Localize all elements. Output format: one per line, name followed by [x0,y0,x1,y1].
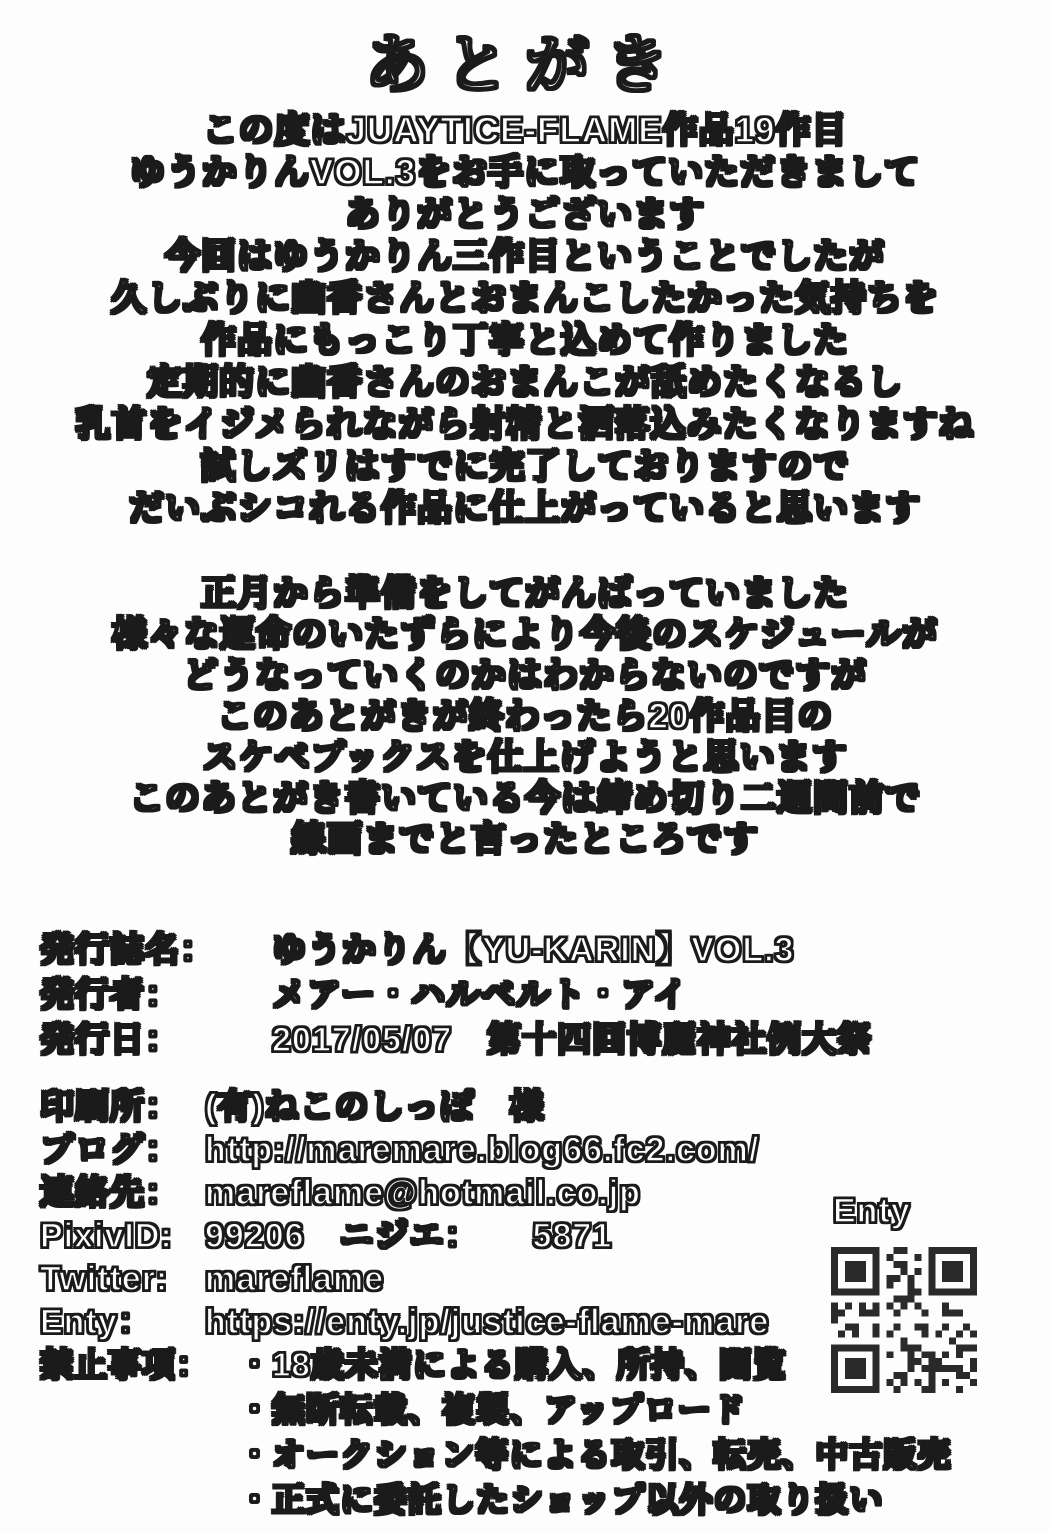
publisher-value: メアー・ハルベルト・アイ [272,976,688,1014]
pixiv-value: 99206 ニジエ： 5871 [205,1217,612,1255]
printer-label: 印刷所： [40,1086,205,1129]
publisher-label: 発行者： [40,973,272,1018]
publication-title-value: ゆうかりん【YU-KARIN】VOL.3 [272,931,794,969]
paragraph-line: 正月から準備をしてがんばっていました [0,573,1050,614]
paragraph-line: ありがとうございます [0,194,1050,236]
prohibited-item: ・オークション等による取引、転売、中古販売 [238,1432,951,1477]
paragraph-line: ゆうかりんVOL.3をお手に取っていただきまして [0,152,1050,194]
afterword-paragraph-2: 正月から準備をしてがんばっていました 様々な運命のいたずらにより今後のスケジュー… [0,573,1050,860]
paragraph-line: 定期的に幽香さんのおまんこが舐めたくなるし [0,362,1050,404]
publish-date-label: 発行日： [40,1018,272,1063]
printer-value: (有)ねこのしっぽ 様 [205,1088,545,1126]
enty-url: https://enty.jp/justice-flame-mare [205,1303,769,1341]
paragraph-line: この度はJUAYTICE-FLAME作品19作目 [0,110,1050,152]
blog-label: ブログ： [40,1129,205,1172]
publish-date-value: 2017/05/07 第十四回博麗神社例大祭 [272,1021,872,1059]
paragraph-line: だいぶシコれる作品に仕上がっていると思います [0,488,1050,530]
prohibited-label: 禁止事項： [40,1342,238,1387]
pixiv-label: PixivID: [40,1215,205,1258]
paragraph-line: 試しズリはすでに完了しておりますので [0,446,1050,488]
paragraph-line: 久しぶりに幽香さんとおまんこしたかった気持ちを [0,278,1050,320]
paragraph-line: 線画までと言ったところです [0,819,1050,860]
twitter-label: Twitter: [40,1258,205,1301]
contact-info: 印刷所：(有)ねこのしっぽ 様 ブログ：http://maremare.blog… [40,1086,769,1344]
publish-date-row: 発行日：2017/05/07 第十四回博麗神社例大祭 [40,1018,872,1063]
prohibited-item: ・正式に委託したショップ以外の取り扱い [238,1477,951,1522]
publisher-row: 発行者：メアー・ハルベルト・アイ [40,973,872,1018]
prohibited-item: ・無断転載、複製、アップロード [238,1387,951,1432]
email-value: mareflame@hotmail.co.jp [205,1174,641,1212]
email-row: 連絡先：mareflame@hotmail.co.jp [40,1172,769,1215]
paragraph-line: このあとがき書いている今は締め切り二週間前で [0,778,1050,819]
enty-row: Enty：https://enty.jp/justice-flame-mare [40,1301,769,1344]
paragraph-line: 様々な運命のいたずらにより今後のスケジュールが [0,614,1050,655]
blog-row: ブログ：http://maremare.blog66.fc2.com/ [40,1129,769,1172]
paragraph-line: 今回はゆうかりん三作目ということでしたが [0,236,1050,278]
prohibited-items-list: ・18歳未満による購入、所持、閲覧 ・無断転載、複製、アップロード ・オークショ… [238,1342,951,1522]
publication-title-row: 発行誌名：ゆうかりん【YU-KARIN】VOL.3 [40,928,872,973]
publication-info: 発行誌名：ゆうかりん【YU-KARIN】VOL.3 発行者：メアー・ハルベルト・… [40,928,872,1063]
afterword-paragraph-1: この度はJUAYTICE-FLAME作品19作目 ゆうかりんVOL.3をお手に取… [0,110,1050,530]
paragraph-line: どうなっていくのかはわからないのですが [0,655,1050,696]
twitter-value: mareflame [205,1260,384,1298]
paragraph-line: 乳首をイジメられながら射精と洒落込みたくなりますね [0,404,1050,446]
blog-url: http://maremare.blog66.fc2.com/ [205,1131,759,1169]
prohibited-item: ・18歳未満による購入、所持、閲覧 [238,1342,951,1387]
paragraph-line: スケベブックスを仕上げようと思います [0,737,1050,778]
twitter-row: Twitter:mareflame [40,1258,769,1301]
paragraph-line: 作品にもっこり丁寧と込めて作りました [0,320,1050,362]
publication-title-label: 発行誌名： [40,928,272,973]
afterword-page: あとがき この度はJUAYTICE-FLAME作品19作目 ゆうかりんVOL.3… [0,0,1050,1534]
enty-label: Enty： [40,1301,205,1344]
pixiv-row: PixivID:99206 ニジエ： 5871 [40,1215,769,1258]
enty-qr-caption: Enty [833,1192,911,1231]
paragraph-line: このあとがきが終わったら20作品目の [0,696,1050,737]
prohibited-items-section: 禁止事項： ・18歳未満による購入、所持、閲覧 ・無断転載、複製、アップロード … [40,1342,951,1522]
printer-row: 印刷所：(有)ねこのしっぽ 様 [40,1086,769,1129]
email-label: 連絡先： [40,1172,205,1215]
page-title: あとがき [0,14,1050,106]
